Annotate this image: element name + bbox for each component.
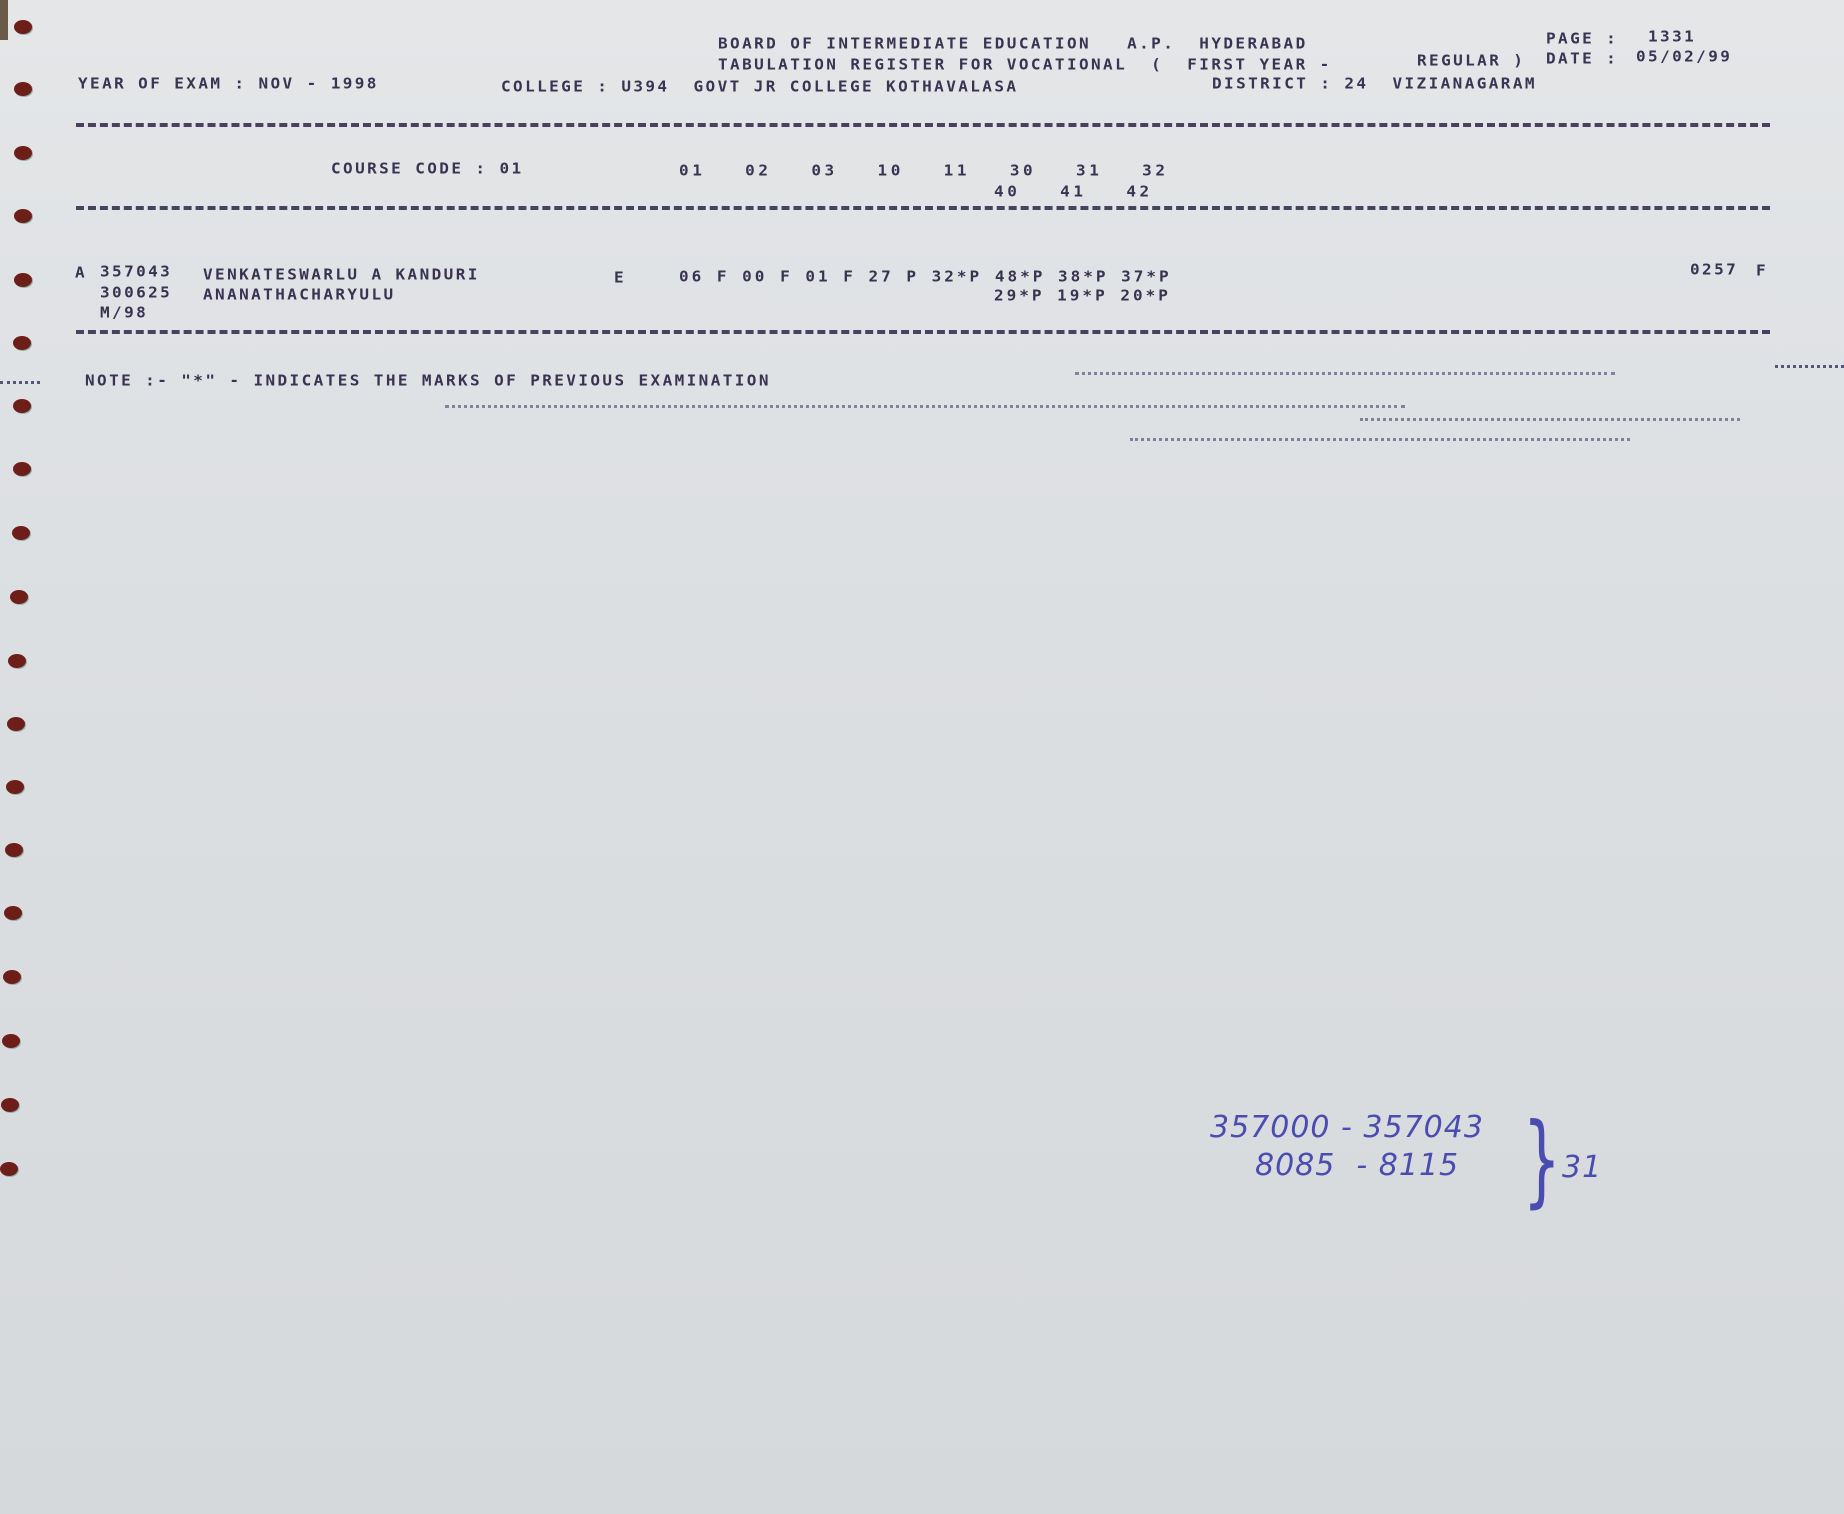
punch-hole bbox=[4, 906, 22, 920]
punch-hole bbox=[14, 146, 32, 160]
marks-row1: 06 F 00 F 01 F 27 P 32*P 48*P 38*P 37*P bbox=[679, 268, 1172, 285]
date-label: DATE : bbox=[1546, 50, 1618, 67]
punch-hole bbox=[14, 273, 32, 287]
medium: E bbox=[614, 269, 626, 286]
page-number: 1331 bbox=[1648, 28, 1696, 45]
punch-hole bbox=[14, 209, 32, 223]
punch-hole bbox=[14, 82, 32, 96]
date-value: 05/02/99 bbox=[1636, 48, 1732, 65]
student-name: VENKATESWARLU A KANDURI bbox=[203, 266, 480, 283]
punch-hole bbox=[3, 970, 21, 984]
hall-ticket-number: 357043 bbox=[100, 263, 172, 280]
punch-hole bbox=[7, 717, 25, 731]
handwritten-count: 31 bbox=[1562, 1150, 1602, 1185]
punch-hole bbox=[13, 462, 31, 476]
handwritten-range-1: 357000 - 357043 bbox=[1210, 1110, 1484, 1145]
ink-smudge bbox=[445, 405, 1405, 410]
ink-smudge bbox=[1075, 372, 1615, 377]
tractor-feed-holes bbox=[0, 0, 40, 1514]
punch-hole bbox=[8, 654, 26, 668]
handwritten-range-2: 8085 - 8115 bbox=[1255, 1148, 1459, 1183]
register-title: TABULATION REGISTER FOR VOCATIONAL ( FIR… bbox=[718, 56, 1332, 73]
page-label: PAGE : bbox=[1546, 30, 1618, 47]
printout-page: BOARD OF INTERMEDIATE EDUCATION A.P. HYD… bbox=[0, 0, 1844, 1514]
punch-hole bbox=[5, 843, 23, 857]
subject-codes-row2: 40 41 42 bbox=[994, 183, 1153, 200]
father-name: ANANATHACHARYULU bbox=[203, 286, 396, 303]
ink-smudge bbox=[1775, 365, 1844, 370]
divider-line bbox=[76, 330, 1770, 334]
previous-exam: M/98 bbox=[100, 304, 148, 321]
punch-hole bbox=[10, 590, 28, 604]
punch-hole bbox=[0, 1162, 18, 1176]
course-code: COURSE CODE : 01 bbox=[331, 160, 524, 177]
punch-hole bbox=[14, 20, 32, 34]
punch-hole bbox=[1, 1098, 19, 1112]
punch-hole bbox=[12, 526, 30, 540]
marks-row2: 29*P 19*P 20*P bbox=[994, 287, 1171, 304]
handwritten-brace: } bbox=[1523, 1110, 1561, 1210]
year-of-exam: YEAR OF EXAM : NOV - 1998 bbox=[78, 75, 379, 92]
total-marks: 0257 bbox=[1690, 261, 1738, 278]
footnote: NOTE :- "*" - INDICATES THE MARKS OF PRE… bbox=[85, 372, 771, 389]
reference-number: 300625 bbox=[100, 284, 172, 301]
ink-smudge bbox=[1360, 418, 1740, 423]
ink-smudge bbox=[0, 381, 40, 386]
punch-hole bbox=[13, 336, 31, 350]
ink-smudge bbox=[1130, 438, 1630, 443]
punch-hole bbox=[13, 399, 31, 413]
divider-line bbox=[76, 123, 1770, 127]
divider-line bbox=[76, 206, 1770, 210]
result: F bbox=[1756, 262, 1768, 279]
board-title: BOARD OF INTERMEDIATE EDUCATION A.P. HYD… bbox=[718, 35, 1308, 52]
punch-hole bbox=[6, 780, 24, 794]
punch-hole bbox=[2, 1034, 20, 1048]
exam-type: REGULAR ) bbox=[1417, 52, 1525, 69]
record-category: A bbox=[75, 264, 87, 281]
college-info: COLLEGE : U394 GOVT JR COLLEGE KOTHAVALA… bbox=[501, 78, 1018, 95]
subject-codes-row1: 01 02 03 10 11 30 31 32 bbox=[679, 162, 1169, 179]
district-info: DISTRICT : 24 VIZIANAGARAM bbox=[1212, 75, 1537, 92]
